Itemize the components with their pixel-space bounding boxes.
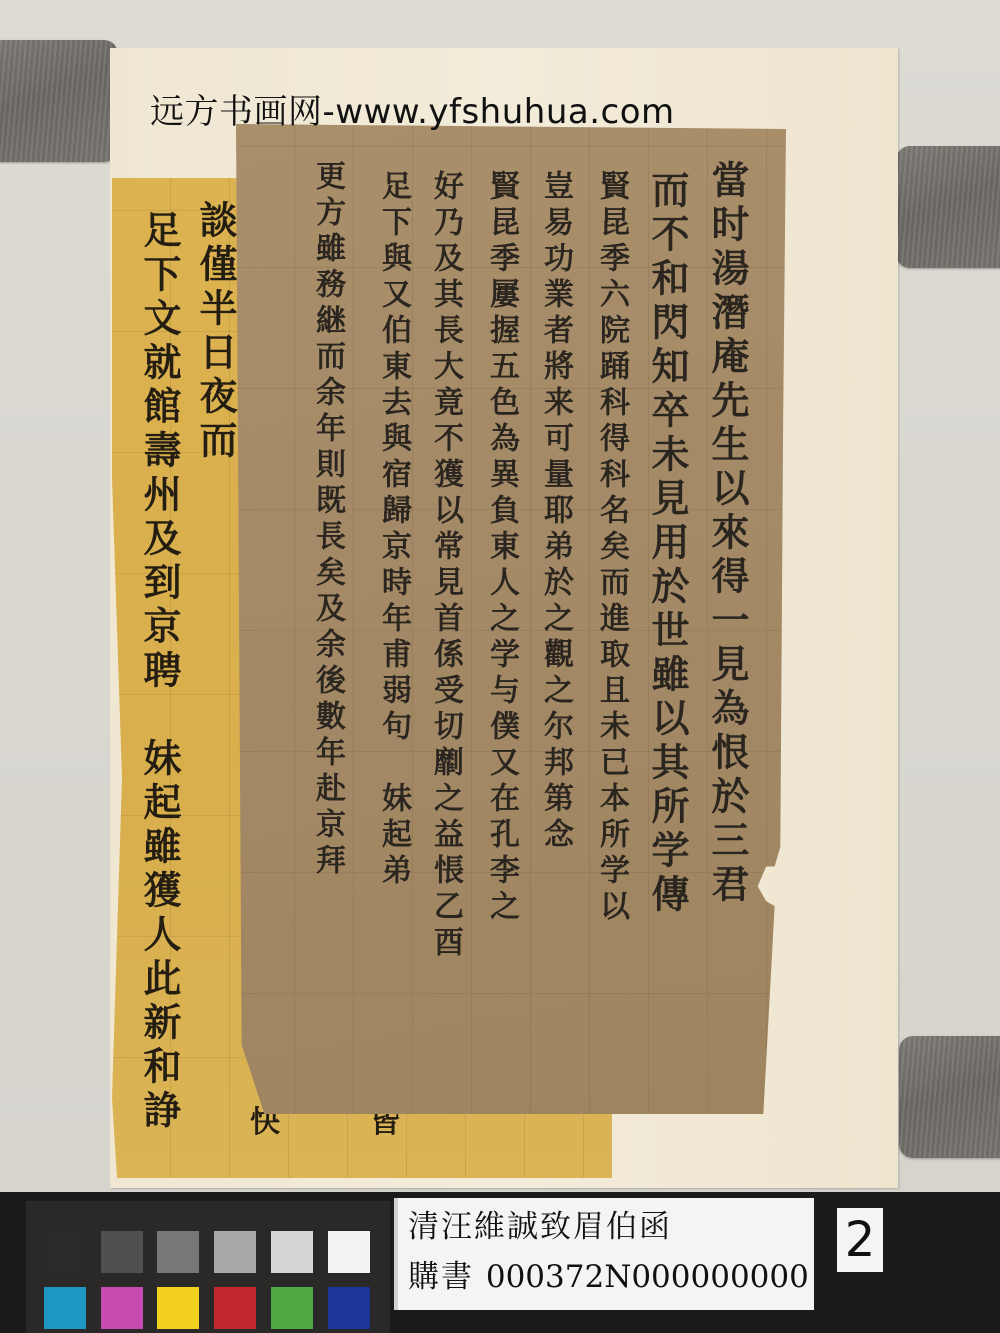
red-swatch [214, 1287, 256, 1329]
green-swatch [271, 1287, 313, 1329]
gray-swatch-6 [328, 1231, 370, 1273]
site-watermark: 远方书画网-www.yfshuhua.com [150, 84, 675, 133]
color-calibration-card [26, 1201, 390, 1333]
letter-column-8: 更方雖務継而余年則既長矣及余後數年赴京拜 [312, 160, 342, 880]
letter-column-4: 豈易功業者將来可量耶弟於之觀之尔邦第念 [540, 170, 570, 854]
catalog-id-line: 購書 000372N000000000 [408, 1252, 804, 1302]
blue-swatch [328, 1287, 370, 1329]
letter-column-5: 賢昆季屢握五色為異負東人之学与僕又在孔李之 [486, 170, 516, 926]
letter-column-6: 好乃及其長大竟不獲以常見首係受切劘之益悵乙酉 [430, 170, 460, 962]
page-number: 2 [837, 1208, 883, 1272]
letter-column-3: 賢昆季六院踊科得科名矣而進取且未已本所学以 [596, 170, 626, 926]
catalog-code: 000372N000000000 [486, 1259, 809, 1295]
gray-swatch-2 [101, 1231, 143, 1273]
yellow-column-2: 足下文就館壽州及到京聘 妹起雖獲人此新和諍 [140, 210, 178, 1134]
collection-name: 購書 [408, 1259, 474, 1295]
gray-swatch-5 [271, 1231, 313, 1273]
gray-swatch-4 [214, 1231, 256, 1273]
cyan-swatch [44, 1287, 86, 1329]
letter-column-2: 而不和閃知卒未見用於世雖以其所学傳 [648, 170, 686, 918]
mounting-clip-top-right [896, 146, 1000, 268]
gray-swatch-3 [157, 1231, 199, 1273]
yellow-column-1: 談僅半日夜而 [196, 200, 234, 464]
item-title: 清汪維誠致眉伯函 [408, 1202, 804, 1252]
letter-column-7: 足下與又伯東去與宿歸京時年甫弱句 妹起弟 [378, 170, 408, 890]
mounting-clip-bottom-right [899, 1036, 1000, 1158]
magenta-swatch [101, 1287, 143, 1329]
catalog-label: 清汪維誠致眉伯函 購書 000372N000000000 [394, 1198, 814, 1310]
mounting-clip-top-left [0, 40, 118, 162]
letter-column-1: 當时湯潛庵先生以來得一見為恨於三君 [708, 160, 746, 908]
yellow-swatch [157, 1287, 199, 1329]
gray-swatch-1 [44, 1231, 86, 1273]
